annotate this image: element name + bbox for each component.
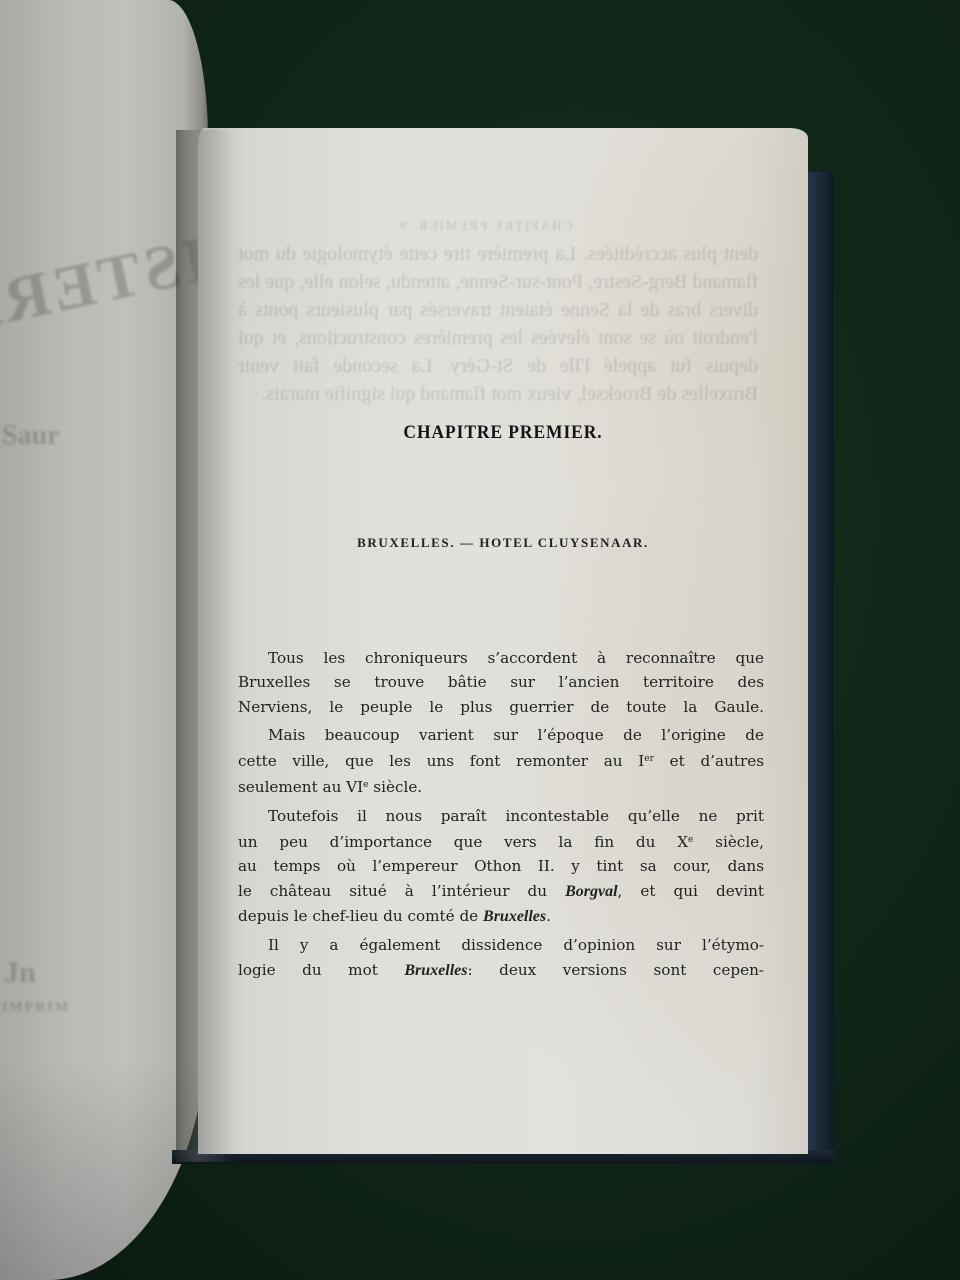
text-line: Mais beaucoup varient sur l’époque de l’… [238,723,764,747]
paragraph-1: Tous les chroniqueurs s’accordent à reco… [238,646,764,719]
text-fragment: siècle, [693,833,764,851]
text-fragment: : deux versions sont cepen- [468,961,765,979]
paragraph-3: Toutefois il nous paraît incontestable q… [238,804,764,929]
right-book-page: CHAPITRE PREMIER. 9 dent plus accréditée… [198,128,808,1154]
text-line: depuis le chef-lieu du comté de Bruxelle… [238,904,764,929]
paragraph-2: Mais beaucoup varient sur l’époque de l’… [238,723,764,800]
text-fragment: siècle. [368,778,422,796]
left-page-ghost-word: IMPRIM [2,1000,70,1016]
text-line: le château situé à l’intérieur du Borgva… [238,879,764,904]
italic-place-name: Bruxelles [404,962,467,979]
text-fragment: . [546,907,551,925]
book-gutter-shadow [176,130,232,1162]
text-line: cette ville, que les uns font remonter a… [238,747,764,773]
text-line: Il y a également dissidence d’opinion su… [238,933,764,957]
text-fragment: le château situé à l’intérieur du [238,882,565,900]
section-title: BRUXELLES. — HOTEL CLUYSENAAR. [198,535,808,551]
bleed-through-header: CHAPITRE PREMIER. 9 [398,218,572,234]
paragraph-4: Il y a également dissidence d’opinion su… [238,933,764,983]
text-fragment: cette ville, que les uns font remonter a… [238,752,644,770]
text-line: Bruxelles se trouve bâtie sur l’ancien t… [238,670,764,694]
text-fragment: , et qui devint [618,882,764,900]
text-line: seulement au VIe siècle. [238,773,764,799]
italic-place-name: Borgval [565,883,617,900]
bleed-through-text: dent plus accréditées. La première tire … [238,240,758,408]
text-fragment: logie du mot [238,961,404,979]
text-fragment: seulement au VI [238,778,363,796]
text-fragment: depuis le chef-lieu du comté de [238,907,483,925]
text-line: au temps où l’empereur Othon II. y tint … [238,854,764,878]
text-line: Tous les chroniqueurs s’accordent à reco… [238,646,764,670]
text-line: Toutefois il nous paraît incontestable q… [238,804,764,828]
text-line: Nerviens, le peuple le plus guerrier de … [238,695,764,719]
chapter-title: CHAPITRE PREMIER. [222,422,783,444]
text-fragment: un peu d’importance que vers la fin du X [238,833,688,851]
text-line: logie du mot Bruxelles: deux versions so… [238,958,764,983]
superscript: er [644,754,654,764]
text-line: un peu d’importance que vers la fin du X… [238,828,764,854]
italic-place-name: Bruxelles [483,908,546,925]
left-page-ghost-word: Jn [4,956,36,990]
left-page-ghost-word: Saur [2,420,60,452]
body-text: Tous les chroniqueurs s’accordent à reco… [238,646,764,987]
text-fragment: et d’autres [654,752,764,770]
